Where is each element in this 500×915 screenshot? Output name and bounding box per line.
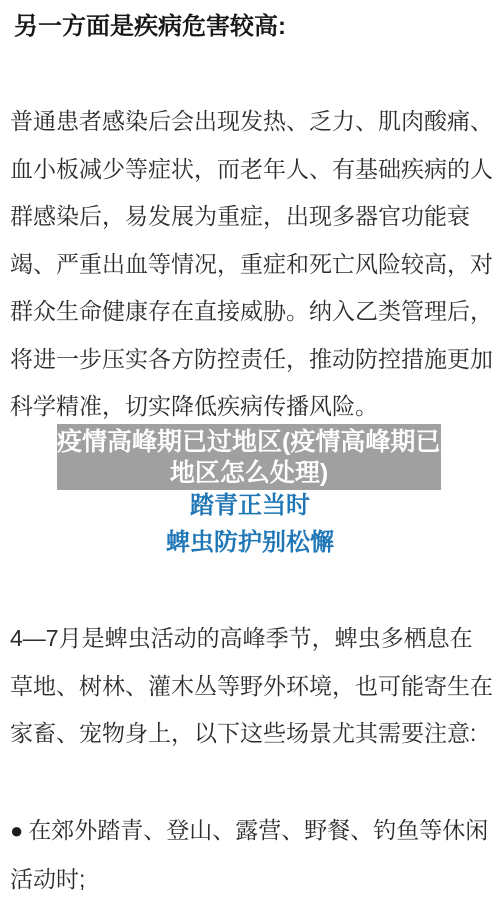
bullet-item-outdoor-activities: ●在郊外踏青、登山、露营、野餐、钓鱼等休闲 活动时; xyxy=(10,806,492,903)
paragraph-line: 家畜、宠物身上，以下这些场景尤其需要注意: xyxy=(10,710,492,758)
paragraph-line: 4—7月是蜱虫活动的高峰季节，蜱虫多栖息在 xyxy=(10,615,492,663)
overlay-title-line: 疫情高峰期已过地区(疫情高峰期已过 xyxy=(57,427,441,458)
paragraph-disease-harm: 普通患者感染后会出现发热、乏力、肌肉酸痛、 血小板减少等症状，而老年人、有基础疾… xyxy=(10,98,492,431)
bullet-text: 在郊外踏青、登山、露营、野餐、钓鱼等休闲 xyxy=(28,817,488,843)
overlay-title-line: 地区怎么处理) xyxy=(57,458,441,489)
bullet-line: ●在郊外踏青、登山、露营、野餐、钓鱼等休闲 xyxy=(10,806,492,855)
paragraph-line: 普通患者感染后会出现发热、乏力、肌肉酸痛、 xyxy=(10,98,492,146)
paragraph-line: 草地、树林、灌木丛等野外环境，也可能寄生在 xyxy=(10,663,492,711)
overlay-title-box: 疫情高峰期已过地区(疫情高峰期已过 地区怎么处理) xyxy=(57,424,441,490)
article-page: 另一方面是疾病危害较高: 普通患者感染后会出现发热、乏力、肌肉酸痛、 血小板减少… xyxy=(0,0,500,915)
section-heading: 另一方面是疾病危害较高: xyxy=(14,13,490,41)
paragraph-line: 群众生命健康存在直接威胁。纳入乙类管理后， xyxy=(10,288,492,336)
paragraph-line: 群感染后，易发展为重症，出现多器官功能衰 xyxy=(10,193,492,241)
paragraph-line: 将进一步压实各方防控责任，推动防控措施更加 xyxy=(10,336,492,384)
bullet-line: 活动时; xyxy=(10,855,492,903)
paragraph-line: 血小板减少等症状，而老年人、有基础疾病的人 xyxy=(10,146,492,194)
subheading-tick-protection: 蜱虫防护别松懈 xyxy=(0,528,500,558)
paragraph-line: 竭、严重出血等情况，重症和死亡风险较高，对 xyxy=(10,241,492,289)
subheading-outing-season: 踏青正当时 xyxy=(0,491,500,521)
paragraph-tick-season: 4—7月是蜱虫活动的高峰季节，蜱虫多栖息在 草地、树林、灌木丛等野外环境，也可能… xyxy=(10,615,492,758)
bullet-dot-icon: ● xyxy=(10,807,23,855)
